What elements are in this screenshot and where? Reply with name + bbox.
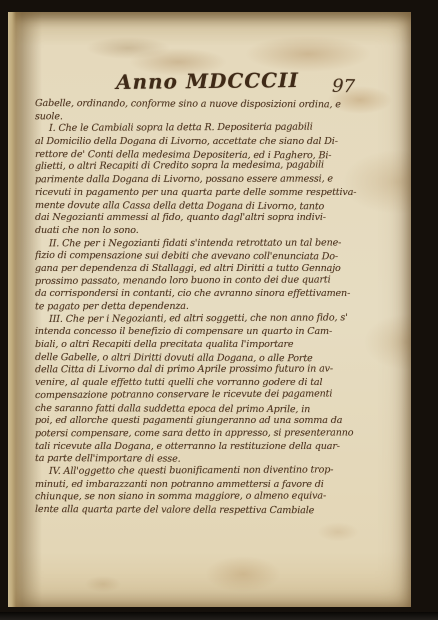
manuscript-line: glietti, o altri Recapiti di Credito sop… [35, 160, 387, 175]
manuscript-line: III. Che per i Negozianti, ed altri sogg… [35, 312, 387, 327]
manuscript-line: da corrispondersi in contanti, cio che a… [35, 288, 387, 301]
photo-backdrop [0, 612, 438, 620]
manuscript-line: compensazione potranno conservare le ric… [35, 388, 387, 403]
manuscript-text: Gabelle, ordinando, conforme sino a nuov… [35, 98, 387, 517]
manuscript-line: della Citta di Livorno dal di primo Apri… [35, 364, 387, 378]
manuscript-line: parimente dalla Dogana di Livorno, possa… [35, 174, 387, 188]
manuscript-line: biali, o altri Recapiti della precitata … [35, 339, 387, 352]
manuscript-line: al Domicilio della Dogana di Livorno, ac… [35, 136, 387, 149]
manuscript-line: fizio di compensazione sui debiti che av… [35, 250, 387, 264]
page-number: 97 [332, 76, 356, 98]
manuscript-line: che saranno fatti dalla suddetta epoca d… [35, 403, 387, 417]
page-heading: Anno MDCCCII [116, 68, 299, 94]
manuscript-line: ricevuti in pagamento per una quarta par… [35, 187, 387, 200]
manuscript-line: duati che non lo sono. [35, 225, 387, 238]
manuscript-line: mente dovute alla Cassa della detta Doga… [35, 200, 387, 214]
manuscript-line: minuti, ed imbarazzanti non potranno amm… [35, 479, 387, 492]
manuscript-line: lente alla quarta parte del valore della… [35, 504, 387, 518]
book-page-edges [411, 12, 432, 607]
manuscript-line: IV. All'oggetto che questi buonificament… [35, 464, 387, 479]
manuscript-line: II. Che per i Negozianti fidati s'intend… [35, 237, 387, 251]
manuscript-page: Anno MDCCCII 97 Gabelle, ordinando, conf… [8, 12, 411, 607]
manuscript-line: dai Negozianti ammessi al fido, quanto d… [35, 212, 387, 225]
heading-anno: Anno [116, 69, 178, 94]
manuscript-line: chiunque, se non siano in somma maggiore… [35, 491, 387, 505]
manuscript-line: I. Che le Cambiali sopra la detta R. Dep… [35, 122, 387, 137]
heading-year: MDCCCII [186, 68, 299, 93]
manuscript-line: intenda concesso il benefizio di compens… [35, 326, 387, 339]
manuscript-line: potersi compensare, come sara detto in a… [35, 427, 387, 441]
manuscript-line: tali ricevute alla Dogana, e otterranno … [35, 441, 387, 454]
manuscript-photo: Anno MDCCCII 97 Gabelle, ordinando, conf… [0, 0, 438, 620]
manuscript-line: poi, ed allorche questi pagamenti giunge… [35, 415, 387, 428]
manuscript-line: prossimo passato, menando loro buono in … [35, 274, 387, 289]
